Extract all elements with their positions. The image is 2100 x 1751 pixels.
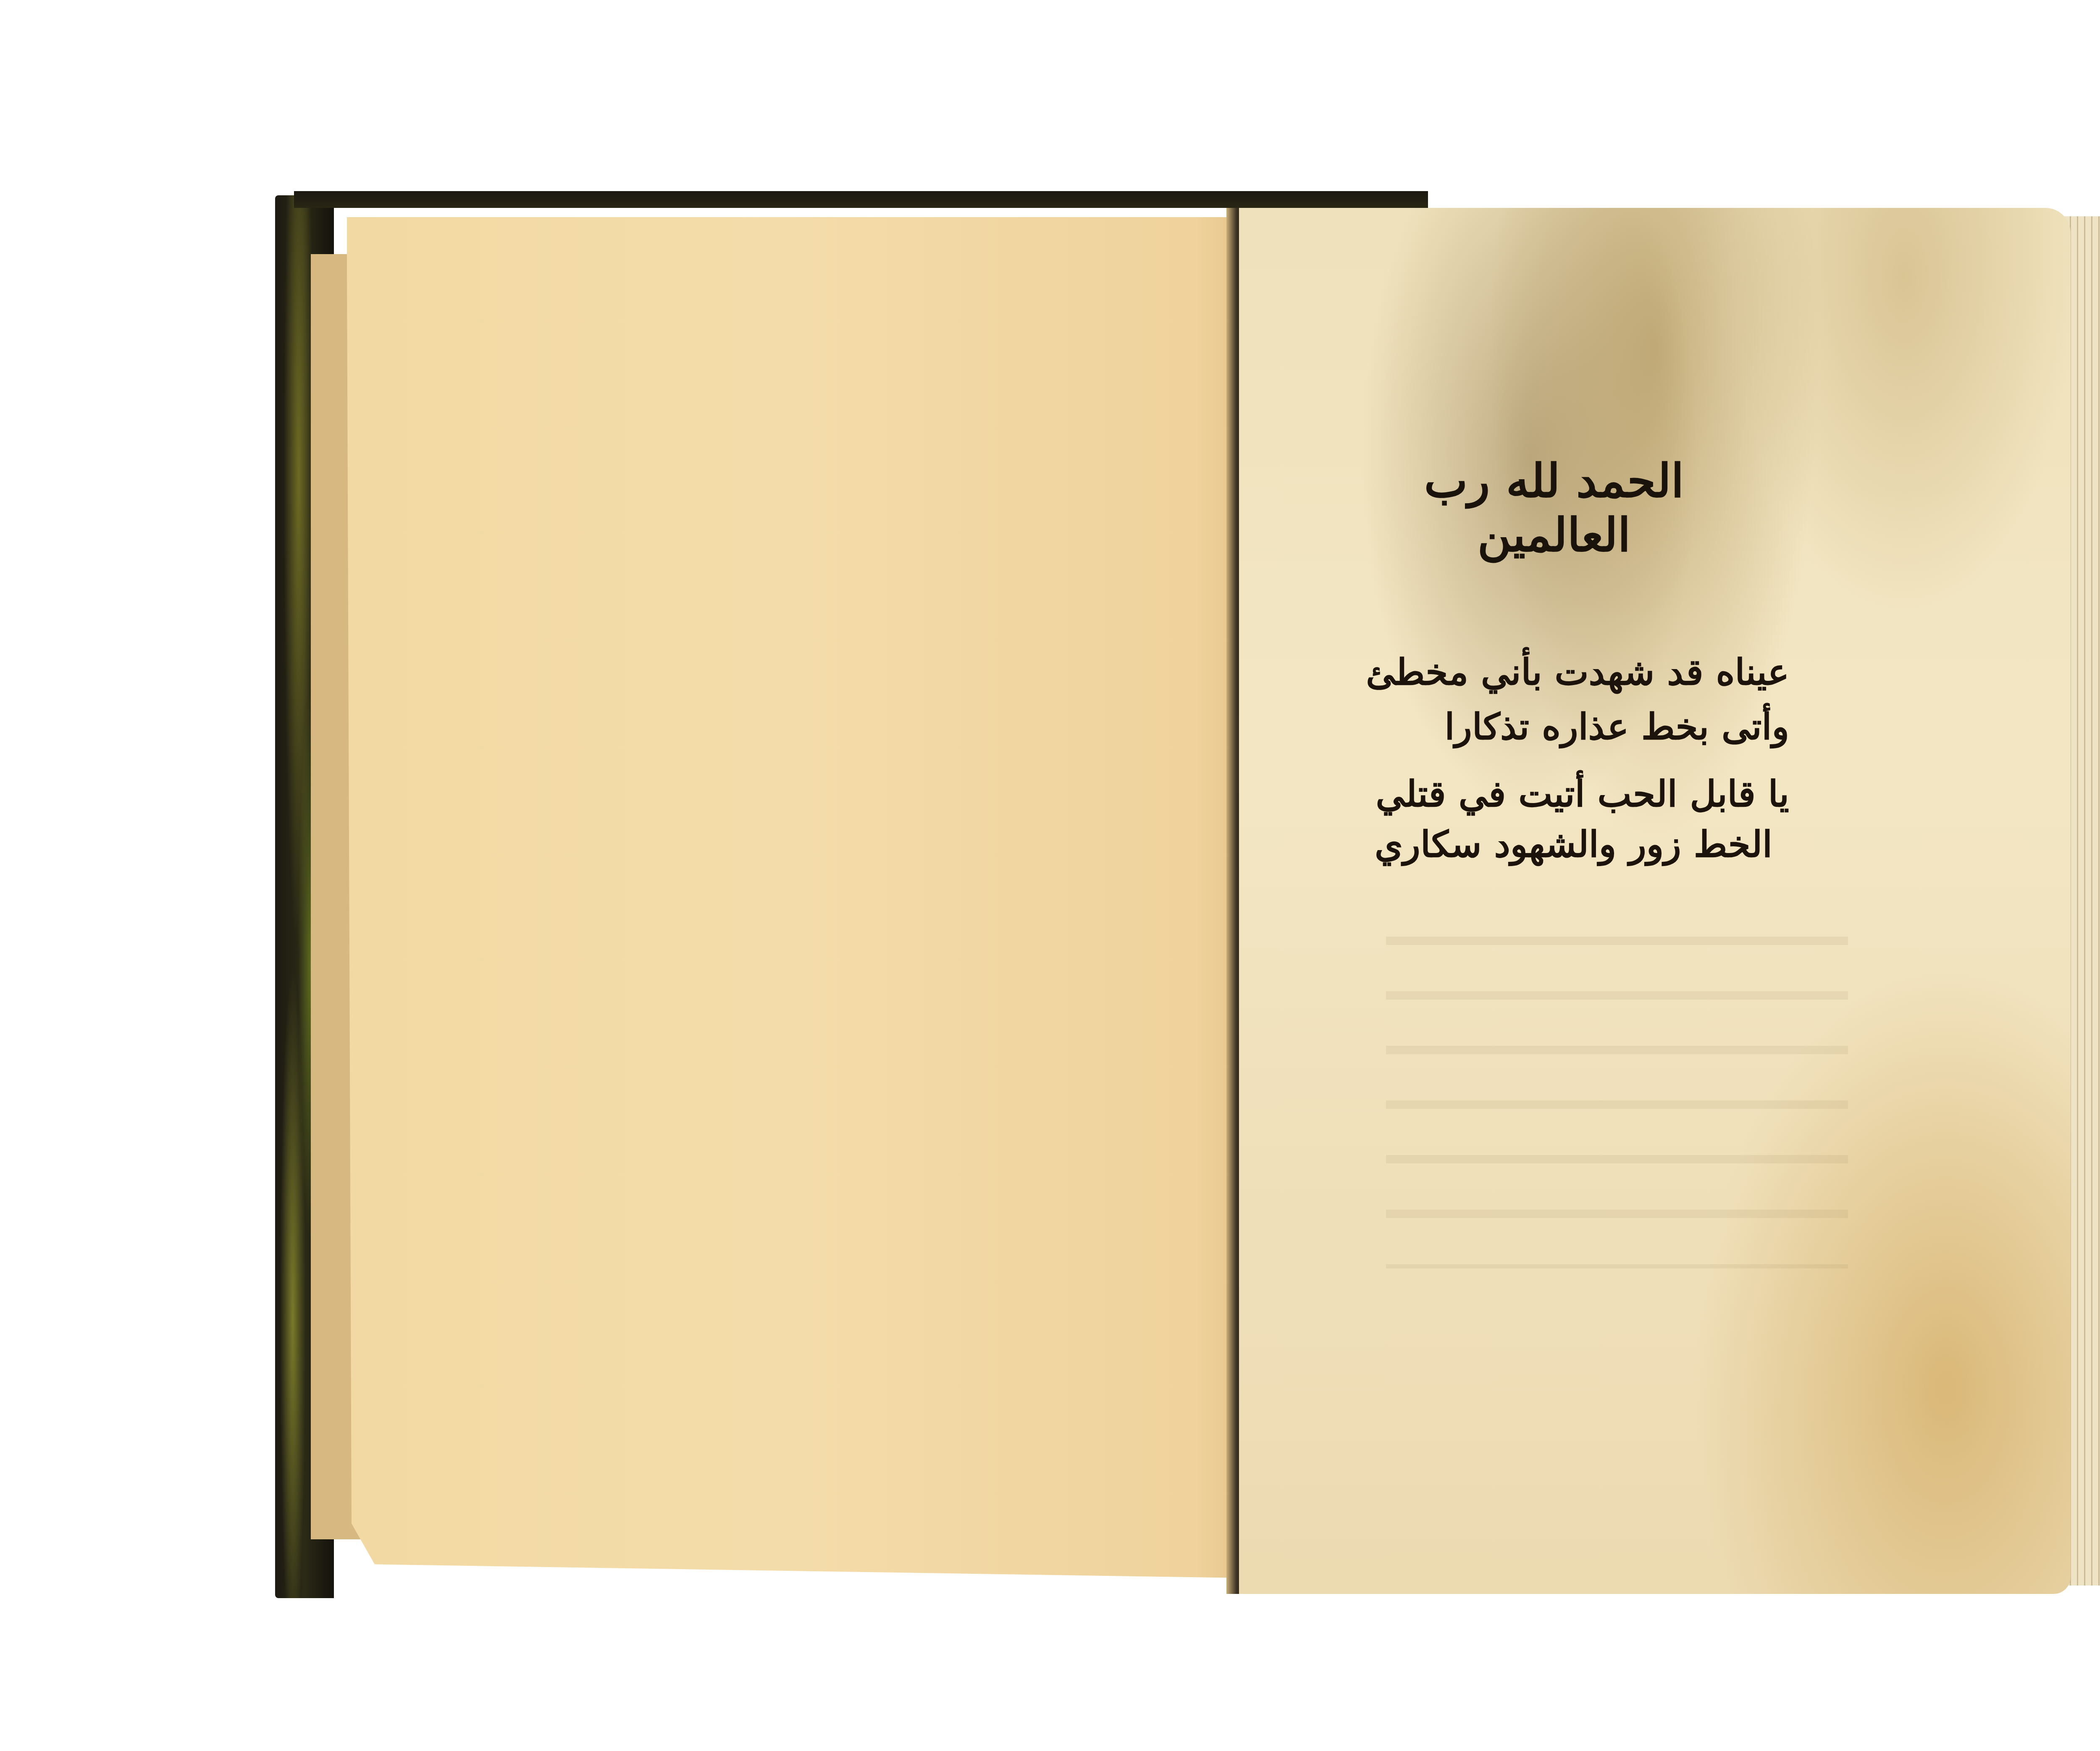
page-heading: الحمد لله رب العالمين xyxy=(1344,454,1764,562)
verse-line-3: يا قابل الحب أتيت في قتلي xyxy=(1285,773,1789,815)
verse-line-1: عيناه قد شهدت بأني مخطئ xyxy=(1285,651,1789,693)
bleed-through-text xyxy=(1386,890,1848,1268)
verse-line-2: وأتى بخط عذاره تذكارا xyxy=(1285,706,1789,748)
top-cover-edge xyxy=(294,191,1428,208)
left-blank-flyleaf xyxy=(319,217,1243,1578)
verse-line-4: الخط زور والشهود سكاري xyxy=(1268,823,1772,866)
